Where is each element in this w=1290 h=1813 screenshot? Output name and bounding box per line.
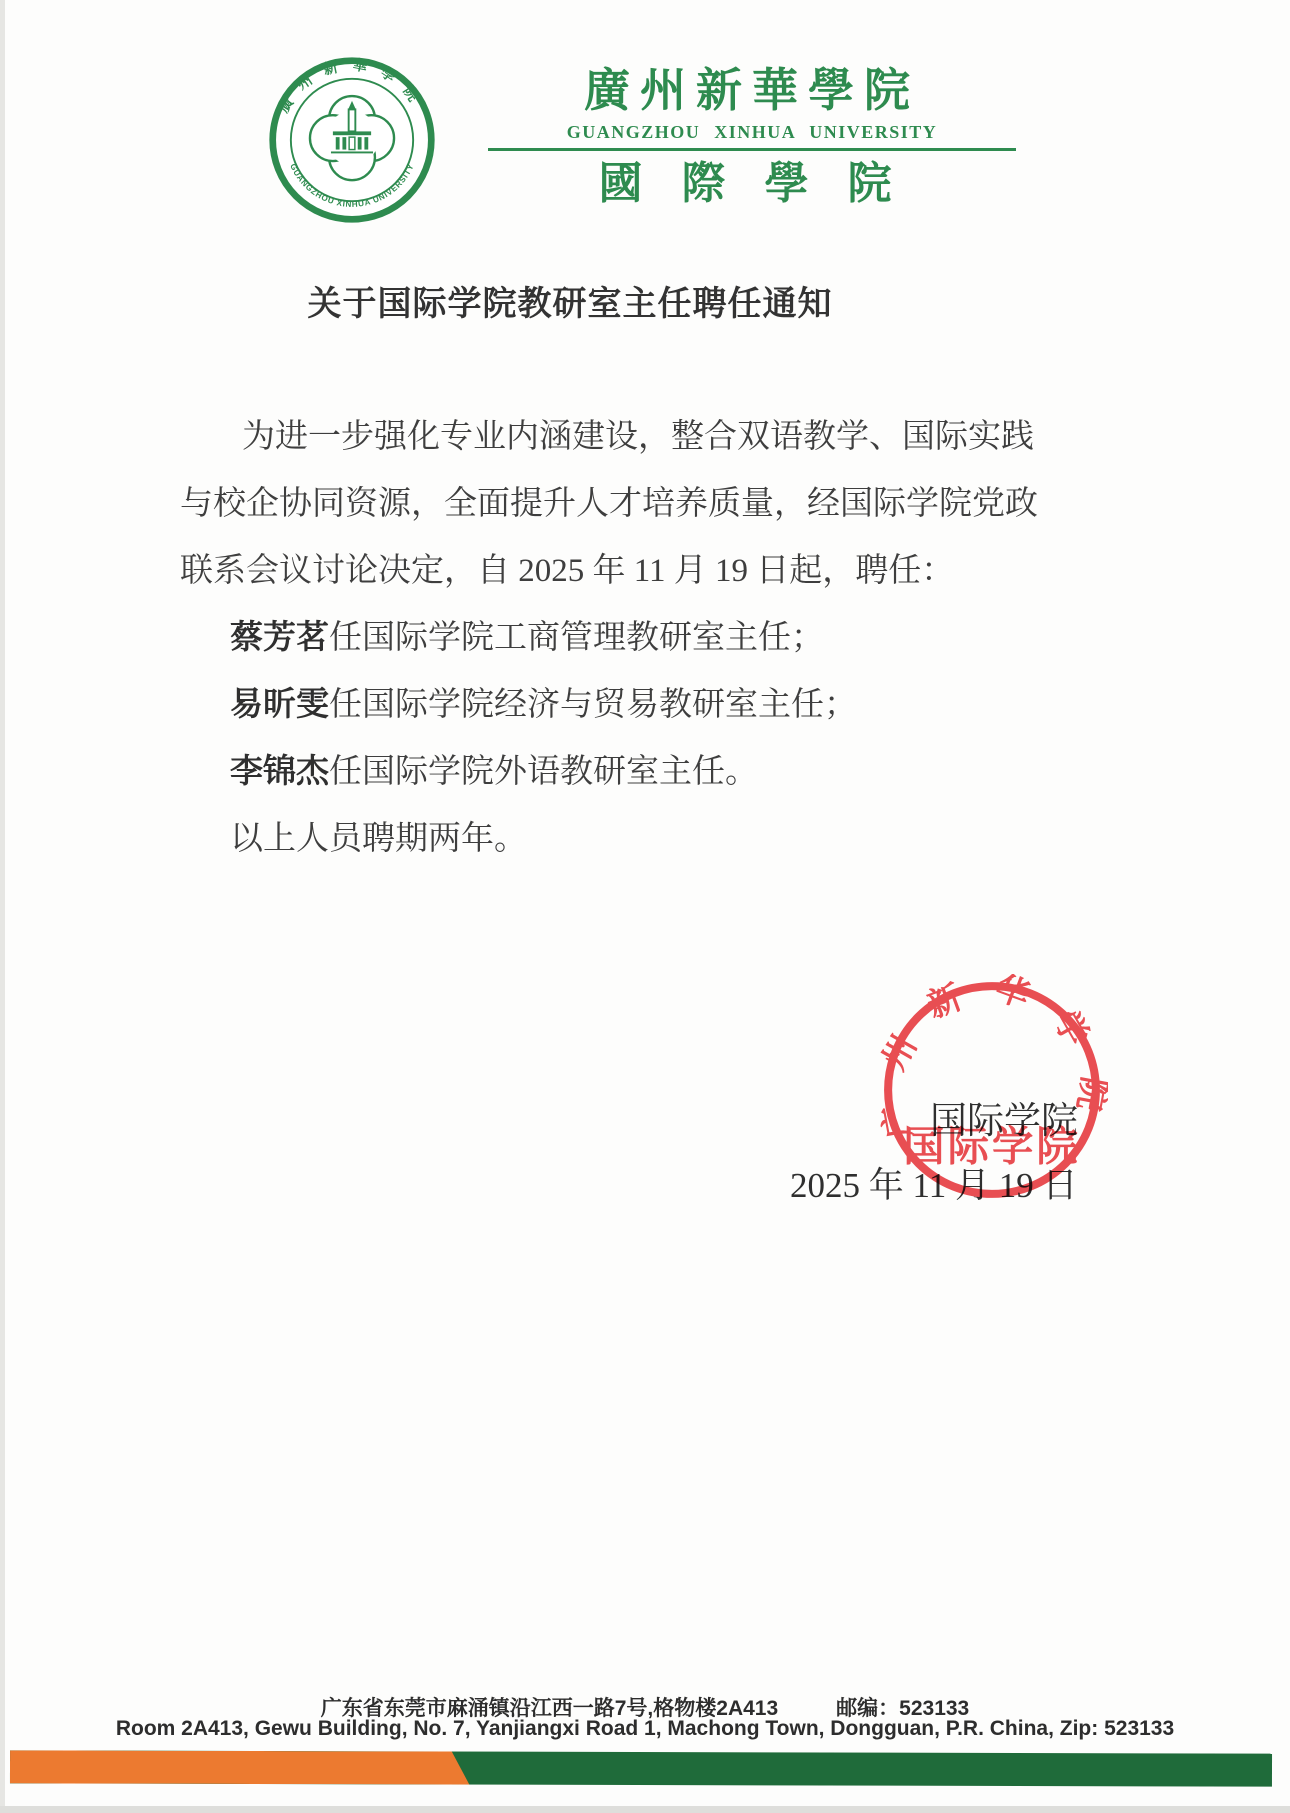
scan-edge — [0, 1806, 1290, 1813]
footer-color-bar — [10, 1750, 1272, 1786]
header-block: 廣州新華學院 GUANGZHOU XINHUA UNIVERSITY 國 際 學… — [488, 62, 1016, 209]
stamp-center-text: 国际学院 — [903, 1124, 1080, 1170]
header-divider — [488, 148, 1016, 151]
scanned-notice-page: 廣州新華學院 GUANGZHOU XINHUA UNIVERSITY 廣州新華學… — [0, 0, 1290, 1813]
university-name-en: GUANGZHOU XINHUA UNIVERSITY — [488, 120, 1016, 144]
stamp-arc-text: 广州新华学院 — [876, 974, 1108, 1141]
appointment-text: 任国际学院工商管理教研室主任； — [329, 620, 824, 656]
scan-edge — [0, 0, 5, 1813]
appointment-line: 李锦杰任国际学院外语教研室主任。 — [180, 739, 1000, 806]
svg-text:广州新华学院: 广州新华学院 — [876, 974, 1108, 1141]
seal-quatrefoil-center — [325, 111, 379, 165]
intro-line: 联系会议讨论决定，自 2025 年 11 月 19 日起，聘任： — [180, 538, 1000, 605]
appointment-text: 任国际学院外语教研室主任。 — [329, 754, 758, 790]
appointee-name: 蔡芳茗 — [230, 620, 329, 656]
appointment-line: 易昕雯任国际学院经济与贸易教研室主任； — [180, 672, 1000, 739]
notice-body: 为进一步强化专业内涵建设，整合双语教学、国际实践 与校企协同资源，全面提升人才培… — [180, 404, 1000, 873]
university-name-zh: 廣州新華學院 — [488, 62, 1016, 120]
university-seal-logo: 廣州新華學院 GUANGZHOU XINHUA UNIVERSITY — [266, 54, 438, 226]
appointee-name: 李锦杰 — [230, 754, 329, 790]
college-name-zh: 國 際 學 院 — [488, 159, 1016, 209]
official-red-stamp: 广州新华学院 国际学院 — [876, 974, 1108, 1206]
intro-line: 与校企协同资源，全面提升人才培养质量，经国际学院党政 — [180, 471, 1000, 538]
closing-line: 以上人员聘期两年。 — [180, 806, 1000, 873]
footer-address-en: Room 2A413, Gewu Building, No. 7, Yanjia… — [0, 1717, 1290, 1741]
appointment-text: 任国际学院经济与贸易教研室主任； — [329, 687, 857, 723]
footer-color-bar-orange — [10, 1750, 515, 1784]
appointment-line: 蔡芳茗任国际学院工商管理教研室主任； — [180, 605, 1000, 672]
notice-title: 关于国际学院教研室主任聘任通知 — [180, 276, 960, 325]
appointee-name: 易昕雯 — [230, 687, 329, 723]
intro-line: 为进一步强化专业内涵建设，整合双语教学、国际实践 — [180, 404, 1000, 471]
